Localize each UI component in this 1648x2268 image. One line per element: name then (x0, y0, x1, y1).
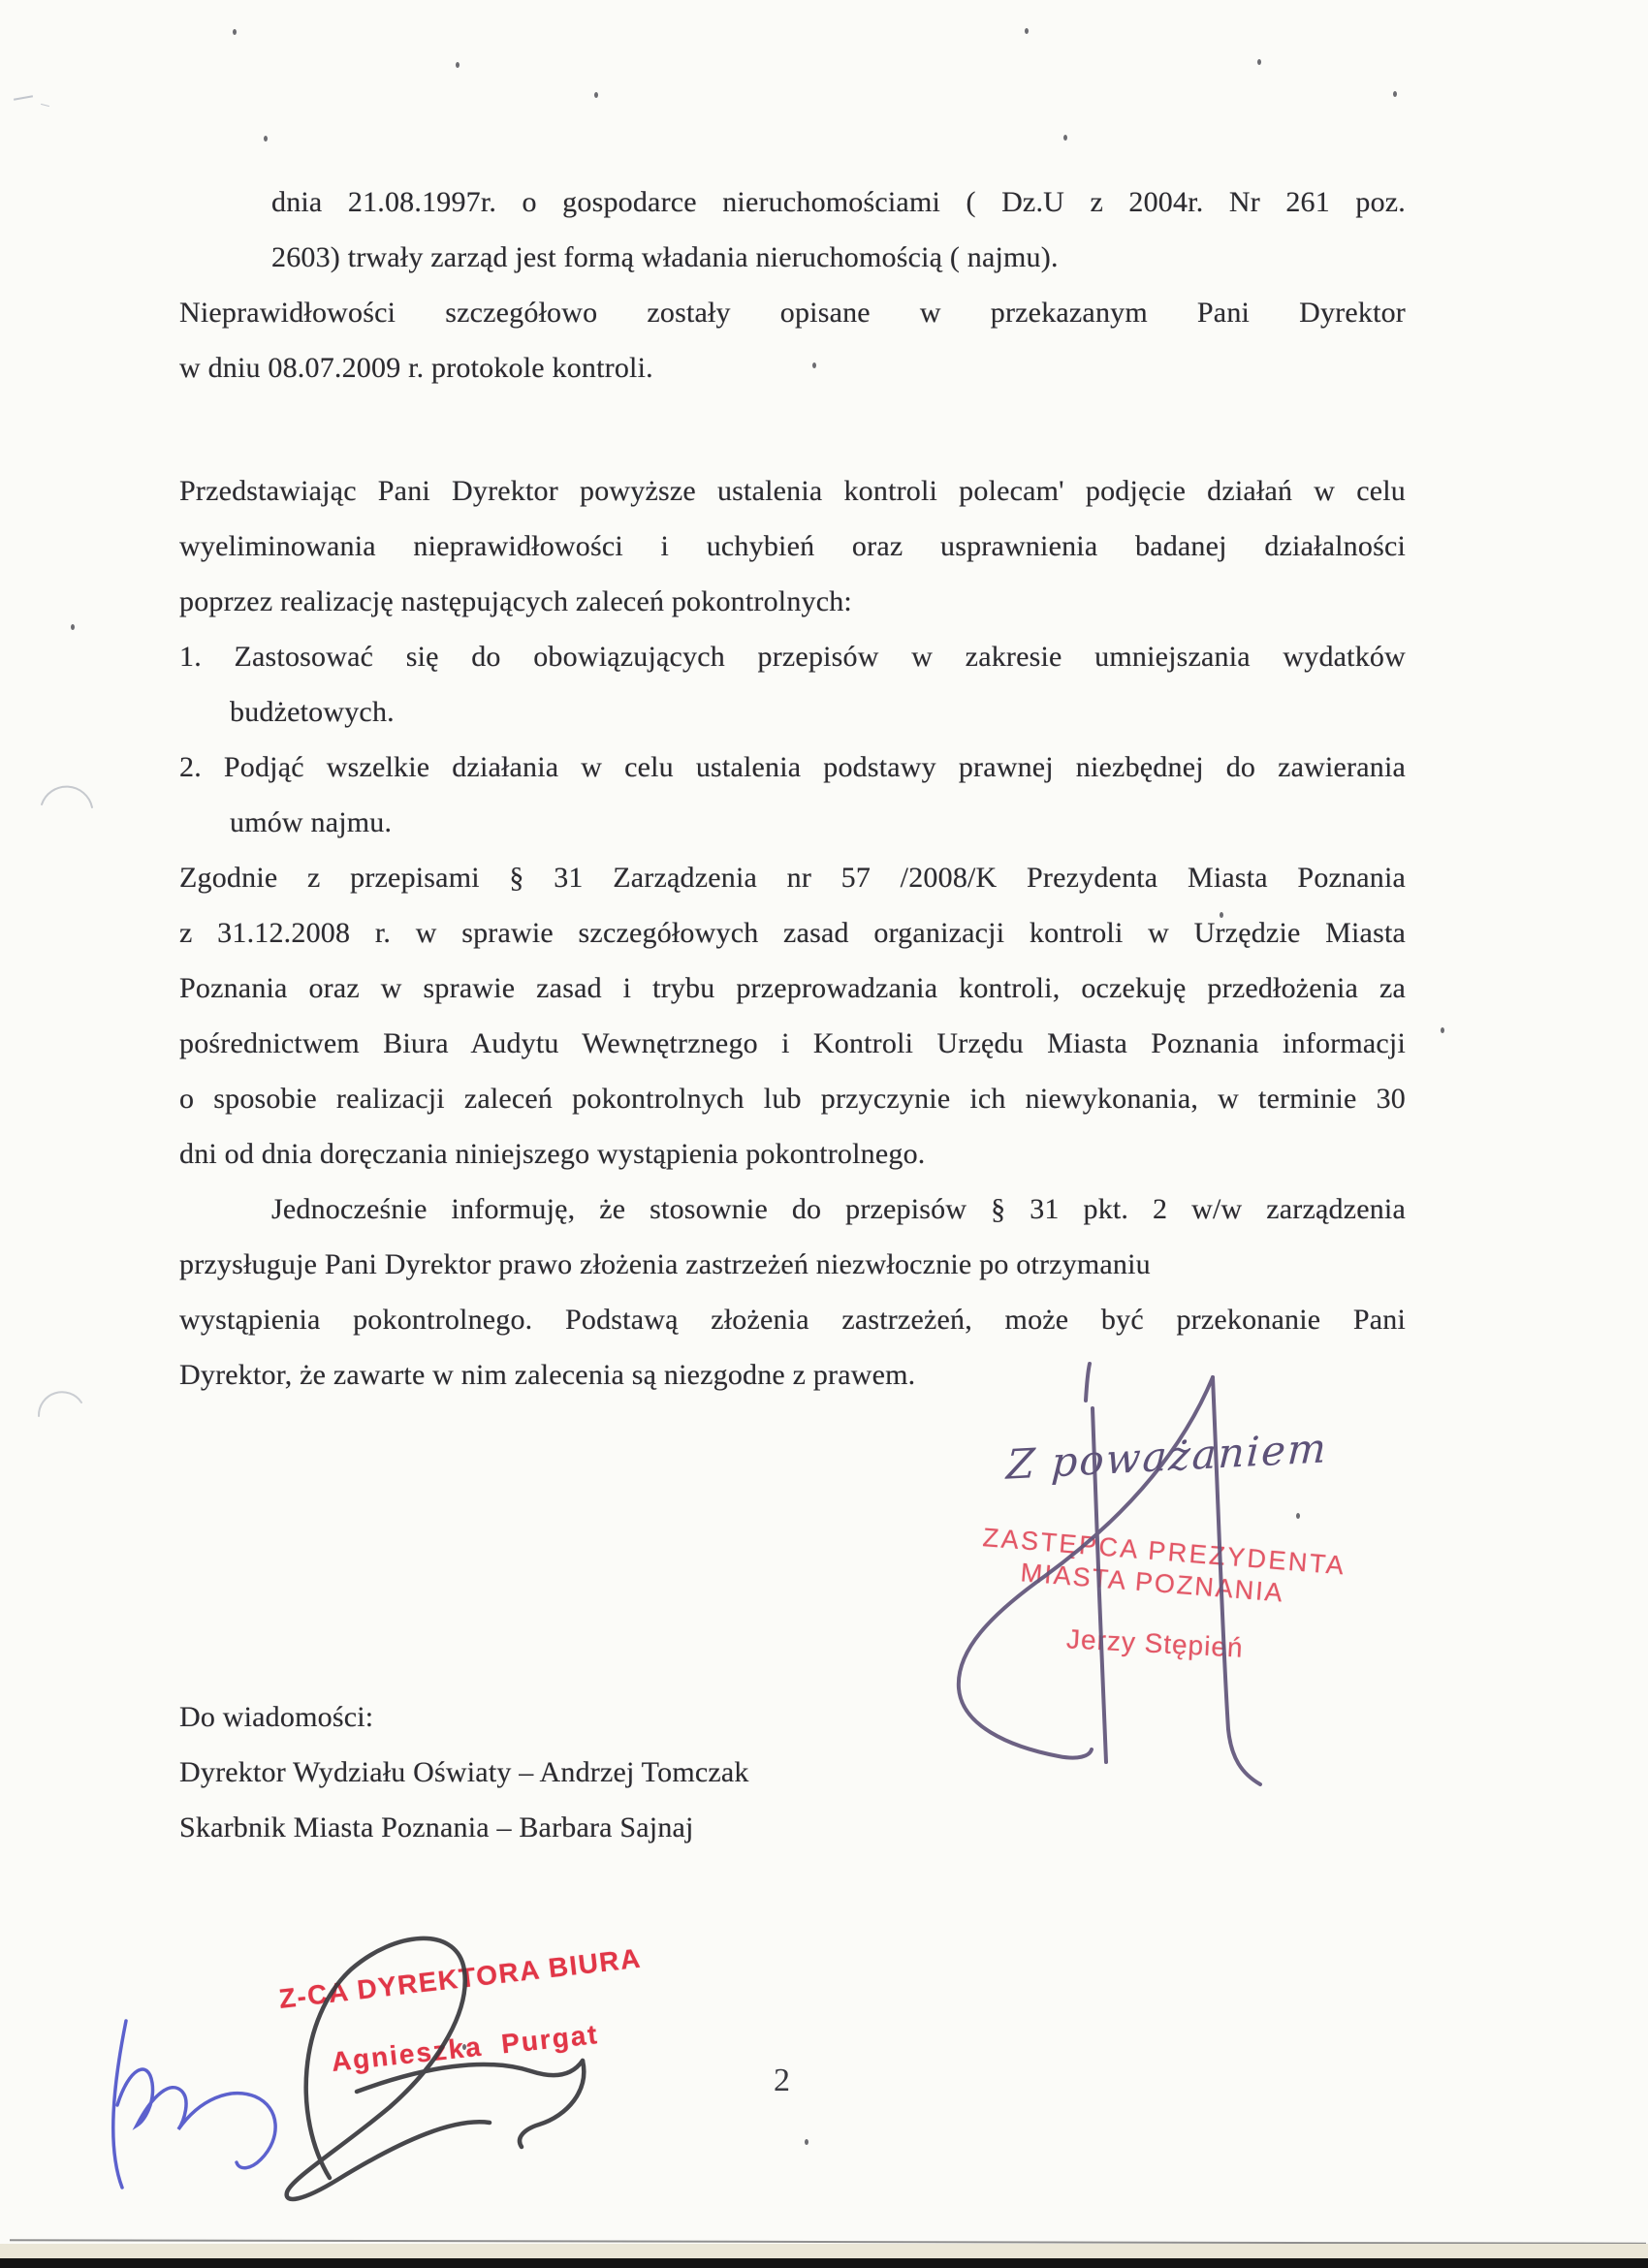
body-line: 2603) trwały zarząd jest formą władania … (179, 230, 1406, 285)
body-line: 2. Podjąć wszelkie działania w celu usta… (179, 740, 1406, 795)
stamp-signer-name: Jerzy Stępień (1065, 1623, 1244, 1664)
scan-speck (233, 29, 237, 35)
scan-speck (1220, 912, 1223, 918)
body-line: Przedstawiając Pani Dyrektor powyższe us… (179, 463, 1406, 519)
cc-item: Dyrektor Wydziału Oświaty – Andrzej Tomc… (179, 1745, 1052, 1800)
scan-dash-artifact (41, 104, 49, 107)
scan-edge-strip (0, 2244, 1648, 2259)
cc-heading: Do wiadomości: (179, 1689, 1052, 1745)
scan-speck (1025, 28, 1029, 34)
cc-item: Skarbnik Miasta Poznania – Barbara Sajna… (179, 1800, 1052, 1855)
scanned-document-page: dnia 21.08.1997r. o gospodarce nieruchom… (0, 0, 1648, 2268)
body-line: Zgodnie z przepisami § 31 Zarządzenia nr… (179, 850, 1406, 905)
body-line: wyeliminowania nieprawidłowości i uchybi… (179, 519, 1406, 574)
body-line: przysługuje Pani Dyrektor prawo złożenia… (179, 1237, 1406, 1292)
body-line: dni od dnia doręczania niniejszego wystą… (179, 1126, 1406, 1181)
signature-blue-paraph (113, 2021, 275, 2188)
scan-speck (264, 136, 268, 142)
body-line: Nieprawidłowości szczegółowo zostały opi… (179, 285, 1406, 340)
body-line: Dyrektor, że zawarte w nim zalecenia są … (179, 1347, 1406, 1402)
document-body: dnia 21.08.1997r. o gospodarce nieruchom… (179, 174, 1406, 1402)
scan-speck (1296, 1513, 1300, 1519)
scan-speck (812, 362, 816, 368)
body-line: o sposobie realizacji zaleceń pokontroln… (179, 1071, 1406, 1126)
page-number: 2 (774, 2063, 790, 2099)
body-line: w dniu 08.07.2009 r. protokole kontroli. (179, 340, 1406, 395)
scan-speck (456, 62, 460, 68)
stamp-vice-president: ZASTĘPCA PREZYDENTA MIASTA POZNANIA (979, 1522, 1328, 1613)
scan-speck (1441, 1027, 1444, 1033)
body-line: Poznania oraz w sprawie zasad i trybu pr… (179, 961, 1406, 1016)
stamp-deputy-director-title: Z-CA DYREKTORA BIURA (277, 1943, 643, 2015)
scan-speck (1393, 91, 1397, 97)
scan-arc-artifact (39, 787, 92, 1416)
body-line: 1. Zastosować się do obowiązujących prze… (179, 629, 1406, 684)
scan-edge-black (0, 2258, 1648, 2268)
scan-speck (462, 2044, 466, 2050)
scan-speck (71, 624, 75, 630)
body-line: Jednocześnie informuję, że stosownie do … (179, 1181, 1406, 1237)
scan-dash-artifact (14, 95, 33, 100)
body-line: pośrednictwem Biura Audytu Wewnętrznego … (179, 1016, 1406, 1071)
scan-speck (1257, 59, 1261, 65)
scan-speck (805, 2139, 808, 2145)
scan-speck (1063, 135, 1067, 141)
handwritten-closing: Z poważaniem (1005, 1424, 1329, 1489)
body-line: umów najmu. (179, 795, 1406, 850)
body-line: wystąpienia pokontrolnego. Podstawą złoż… (179, 1292, 1406, 1347)
body-line: budżetowych. (179, 684, 1406, 740)
cc-block: Do wiadomości: Dyrektor Wydziału Oświaty… (179, 1689, 1052, 1855)
body-line: poprzez realizację następujących zaleceń… (179, 574, 1406, 629)
scan-speck (594, 92, 598, 98)
body-line: dnia 21.08.1997r. o gospodarce nieruchom… (179, 174, 1406, 230)
